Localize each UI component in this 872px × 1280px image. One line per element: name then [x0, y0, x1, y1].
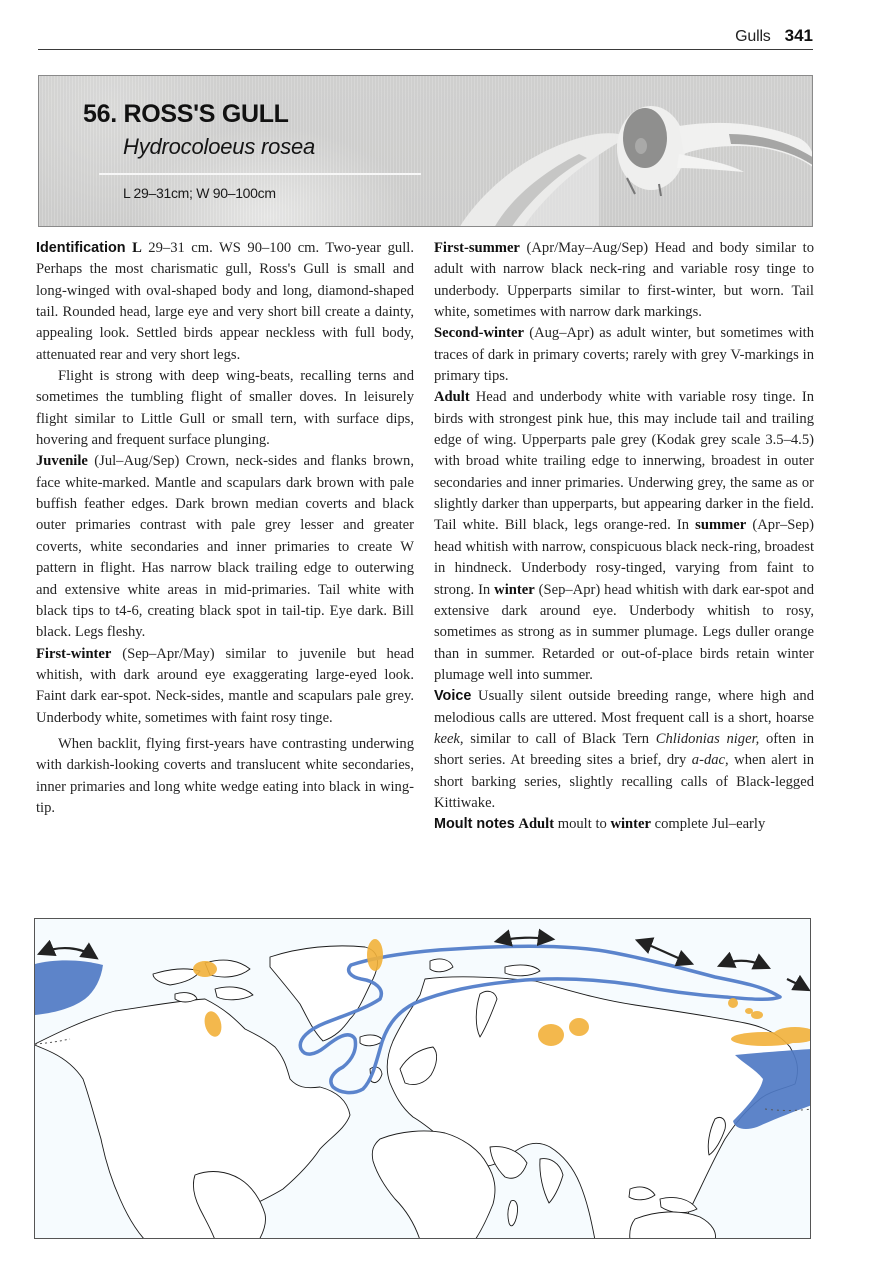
juvenile-heading: Juvenile	[36, 453, 88, 469]
moult-winter-label: winter	[610, 816, 651, 832]
identification-paragraph: Identification L 29–31 cm. WS 90–100 cm.…	[36, 238, 414, 366]
scientific-name: Hydrocoloeus rosea	[123, 134, 315, 160]
section-title: Gulls	[735, 28, 770, 46]
moult-body-2: complete Jul–early	[651, 816, 765, 832]
first-winter-heading: First-winter	[36, 646, 111, 662]
first-summer-paragraph: First-summer (Apr/May–Aug/Sep) Head and …	[434, 238, 814, 323]
text-column-right: First-summer (Apr/May–Aug/Sep) Head and …	[434, 238, 814, 836]
voice-heading: Voice	[434, 688, 471, 704]
first-winter-paragraph: First-winter (Sep–Apr/May) similar to ju…	[36, 644, 414, 729]
text-column-left: Identification L 29–31 cm. WS 90–100 cm.…	[36, 238, 414, 819]
adult-paragraph: Adult Head and underbody white with vari…	[434, 387, 814, 686]
moult-paragraph: Moult notes Adult moult to winter comple…	[434, 814, 814, 835]
second-winter-heading: Second-winter	[434, 325, 524, 341]
range-map	[34, 918, 811, 1239]
species-banner: 56. ROSS'S GULL Hydrocoloeus rosea L 29–…	[38, 75, 813, 227]
adult-heading: Adult	[434, 389, 470, 405]
second-winter-paragraph: Second-winter (Aug–Apr) as adult winter,…	[434, 323, 814, 387]
species-title: 56. ROSS'S GULL	[83, 100, 289, 129]
species-chlidonias: Chlidonias niger,	[656, 731, 760, 747]
juvenile-paragraph: Juvenile (Jul–Aug/Sep) Crown, neck-sides…	[36, 451, 414, 643]
adult-body-1: Head and underbody white with variable r…	[434, 389, 814, 533]
identification-heading: Identification	[36, 240, 126, 256]
moult-body-1: moult to	[554, 816, 610, 832]
winter-label: winter	[494, 582, 535, 598]
backlit-paragraph: When backlit, flying first-years have co…	[36, 734, 414, 819]
first-summer-heading: First-summer	[434, 240, 520, 256]
arrow-kara-sea	[498, 938, 551, 941]
arrow-chukchi	[787, 979, 807, 989]
world-map-icon	[35, 919, 811, 1239]
moult-adult-label: Adult	[518, 816, 554, 832]
flight-paragraph: Flight is strong with deep wing-beats, r…	[36, 366, 414, 451]
moult-heading: Moult notes	[434, 816, 515, 832]
length-label: L	[132, 240, 142, 256]
identification-body: 29–31 cm. WS 90–100 cm. Two-year gull. P…	[36, 240, 414, 363]
wintering-range-bering-west	[35, 960, 103, 1015]
voice-paragraph: Voice Usually silent outside breeding ra…	[434, 686, 814, 814]
juvenile-body: (Jul–Aug/Sep) Crown, neck-sides and flan…	[36, 453, 414, 640]
arrow-bering-west	[41, 948, 95, 957]
banner-divider	[99, 173, 421, 175]
call-a-dac: a-dac	[692, 752, 725, 768]
voice-body-1: Usually silent outside breeding range, w…	[434, 688, 814, 725]
page-number: 341	[785, 26, 813, 46]
arrow-east-siberian	[721, 961, 767, 967]
measurements: L 29–31cm; W 90–100cm	[123, 185, 276, 201]
coastlines	[35, 946, 797, 1239]
summer-label: summer	[695, 517, 746, 533]
call-keek: keek	[434, 731, 460, 747]
running-head: Gulls 341	[38, 24, 813, 50]
voice-body-2: , similar to call of Black Tern	[460, 731, 656, 747]
